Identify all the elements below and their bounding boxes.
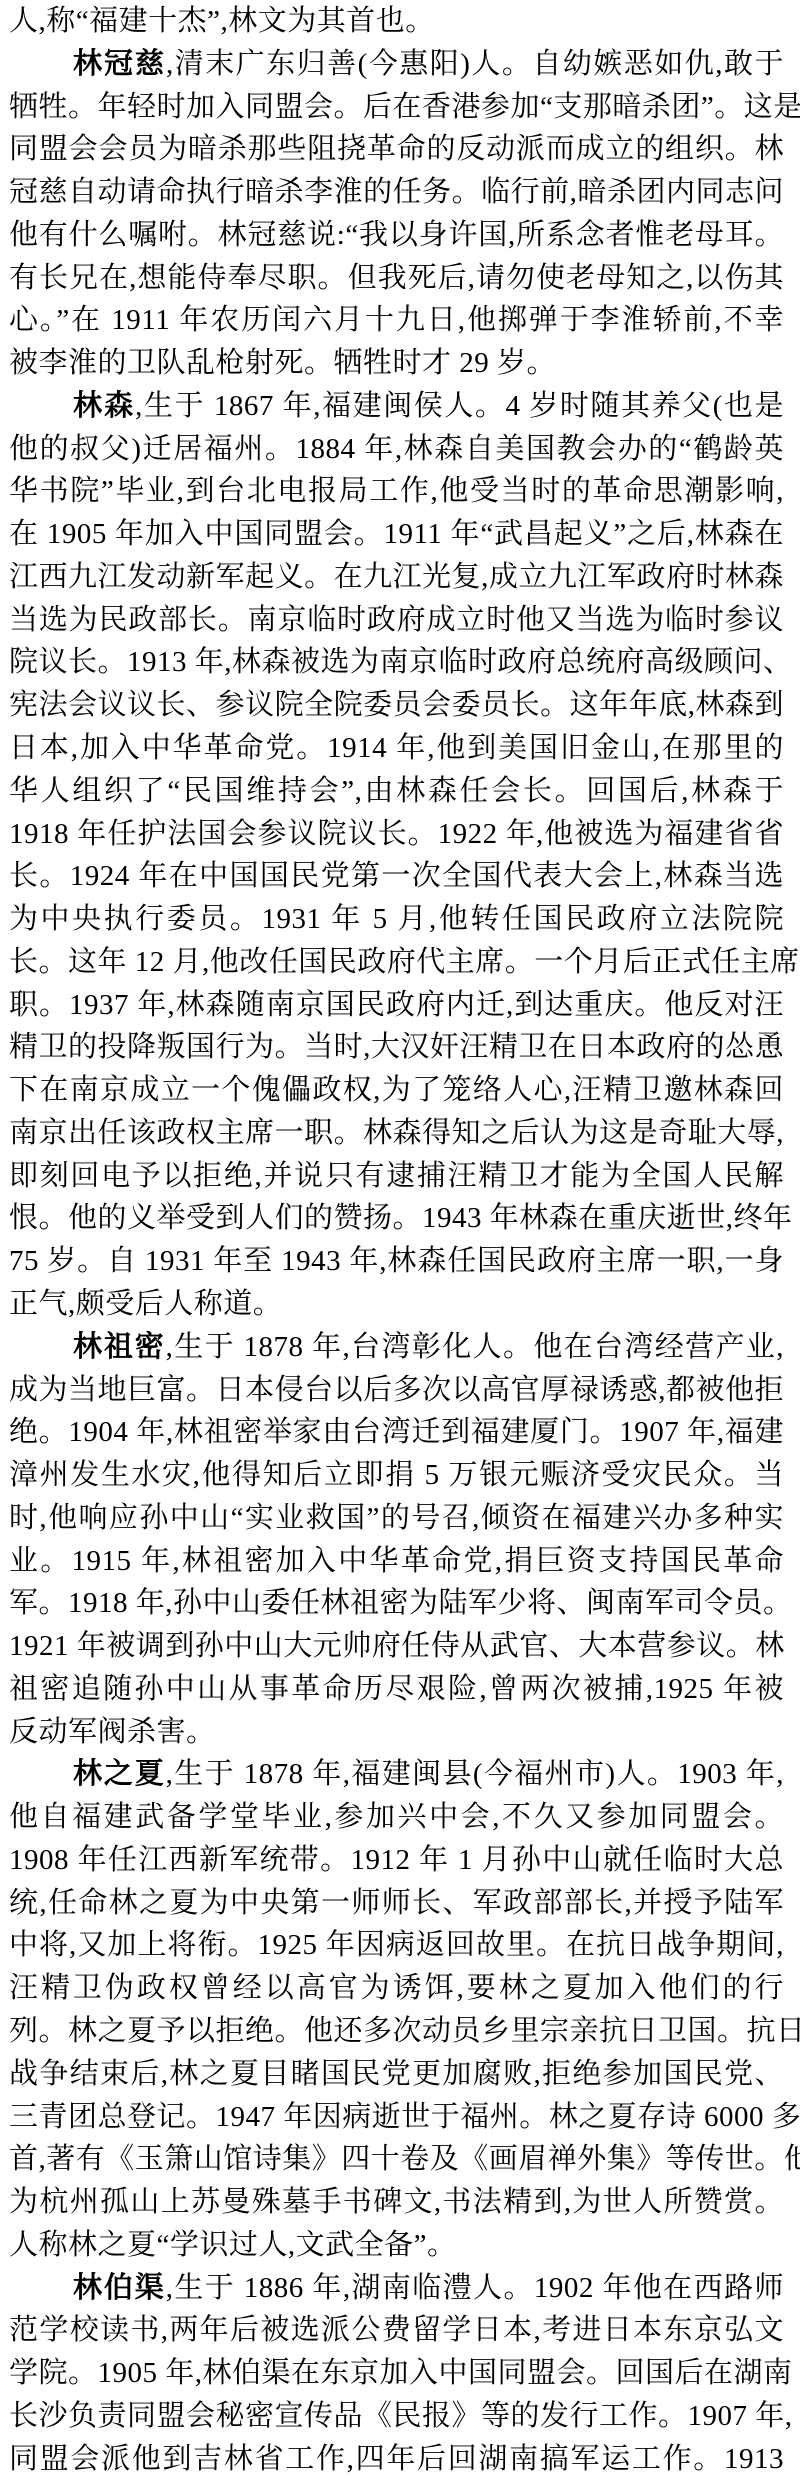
text-line: 日本,加入中华革命党。1914 年,他到美国旧金山,在那里的: [9, 727, 784, 770]
text-line: 院议长。1913 年,林森被选为南京临时政府总统府高级顾问、: [9, 641, 784, 684]
text-line: 在 1905 年加入中国同盟会。1911 年“武昌起义”之后,林森在: [9, 513, 784, 556]
person-name: 林伯渠: [73, 2272, 166, 2304]
text-line: 成为当地巨富。日本侵台以后多次以高官厚禄诱惑,都被他拒: [9, 1369, 784, 1412]
text-line: 军。1918 年,孙中山委任林祖密为陆军少将、闽南军司令员。: [9, 1582, 784, 1625]
text-line: 范学校读书,两年后被选派公费留学日本,考进日本东京弘文: [9, 2309, 784, 2352]
text-line: 林祖密,生于 1878 年,台湾彰化人。他在台湾经营产业,: [9, 1326, 784, 1369]
text-line: 南京出任该政权主席一职。林森得知之后认为这是奇耻大辱,: [9, 1112, 784, 1155]
paragraph: 林冠慈,清末广东归善(今惠阳)人。自幼嫉恶如仇,敢于牺牲。年轻时加入同盟会。后在…: [9, 43, 784, 385]
text-line: 他有什么嘱咐。林冠慈说:“我以身许国,所系念者惟老母耳。: [9, 214, 784, 257]
text-line: 心。”在 1911 年农历闰六月十九日,他掷弹于李淮轿前,不幸: [9, 299, 784, 342]
person-name: 林之夏: [73, 1758, 166, 1790]
text-line: 即刻回电予以拒绝,并说只有逮捕汪精卫才能为全国人民解: [9, 1155, 784, 1198]
person-name: 林森: [73, 390, 135, 422]
text-line: 他自福建武备学堂毕业,参加兴中会,不久又参加同盟会。: [9, 1796, 784, 1839]
text-line: 华人组织了“民国维持会”,由林森任会长。回国后,林森于: [9, 770, 784, 813]
text-line: 首,著有《玉箫山馆诗集》四十卷及《画眉禅外集》等传世。他还: [9, 2138, 784, 2181]
text-line: 祖密追随孙中山从事革命历尽艰险,曾两次被捕,1925 年被: [9, 1668, 784, 1711]
text-line: 为中央执行委员。1931 年 5 月,他转任国民政府立法院院: [9, 898, 784, 941]
text-line: 精卫的投降叛国行为。当时,大汉奸汪精卫在日本政府的怂恿: [9, 1026, 784, 1069]
text-line: 长。这年 12 月,他改任国民政府代主席。一个月后正式任主席: [9, 941, 784, 984]
text-line: 人,称“福建十杰”,林文为其首也。: [9, 0, 784, 43]
text-line: 冠慈自动请命执行暗杀李淮的任务。临行前,暗杀团内同志问: [9, 171, 784, 214]
text-line: 中将,又加上将衔。1925 年因病返回故里。在抗日战争期间,: [9, 1924, 784, 1967]
paragraph: 林祖密,生于 1878 年,台湾彰化人。他在台湾经营产业,成为当地巨富。日本侵台…: [9, 1326, 784, 1754]
text-line: 人称林之夏“学识过人,文武全备”。: [9, 2224, 784, 2267]
text-line: 被李淮的卫队乱枪射死。牺牲时才 29 岁。: [9, 342, 784, 385]
text-line: 江西九江发动新军起义。在九江光复,成立九江军政府时林森: [9, 556, 784, 599]
text-line: 林森,生于 1867 年,福建闽侯人。4 岁时随其养父(也是: [9, 385, 784, 428]
paragraph: 林之夏,生于 1878 年,福建闽县(今福州市)人。1903 年,他自福建武备学…: [9, 1753, 784, 2266]
text-line: 75 岁。自 1931 年至 1943 年,林森任国民政府主席一职,一身: [9, 1240, 784, 1283]
text-line: 华书院”毕业,到台北电报局工作,他受当时的革命思潮影响,: [9, 470, 784, 513]
text-line: 列。林之夏予以拒绝。他还多次动员乡里宗亲抗日卫国。抗日: [9, 2010, 784, 2053]
text-line: 恨。他的义举受到人们的赞扬。1943 年林森在重庆逝世,终年: [9, 1197, 784, 1240]
text-line: 1921 年被调到孙中山大元帅府任侍从武官、大本营参议。林: [9, 1625, 784, 1668]
paragraph: 林森,生于 1867 年,福建闽侯人。4 岁时随其养父(也是他的叔父)迁居福州。…: [9, 385, 784, 1326]
paragraph: 林伯渠,生于 1886 年,湖南临澧人。1902 年他在西路师范学校读书,两年后…: [9, 2267, 784, 2481]
text-line: 统,任命林之夏为中央第一师师长、军政部部长,并授予陆军: [9, 1882, 784, 1925]
text-line: 同盟会派他到吉林省工作,四年后回湖南搞军运工作。1913: [9, 2438, 784, 2481]
person-name: 林冠慈: [73, 48, 166, 80]
text-line: 反动军阀杀害。: [9, 1711, 784, 1754]
text-line: 林冠慈,清末广东归善(今惠阳)人。自幼嫉恶如仇,敢于: [9, 43, 784, 86]
text-line: 时,他响应孙中山“实业救国”的号召,倾资在福建兴办多种实: [9, 1497, 784, 1540]
text-line: 当选为民政部长。南京临时政府成立时他又当选为临时参议: [9, 599, 784, 642]
text-line: 绝。1904 年,林祖密举家由台湾迁到福建厦门。1907 年,福建: [9, 1411, 784, 1454]
text-line: 宪法会议议长、参议院全院委员会委员长。这年年底,林森到: [9, 684, 784, 727]
text-line: 林伯渠,生于 1886 年,湖南临澧人。1902 年他在西路师: [9, 2267, 784, 2310]
text-line: 他的叔父)迁居福州。1884 年,林森自美国教会办的“鹤龄英: [9, 428, 784, 471]
document-page: 人,称“福建十杰”,林文为其首也。林冠慈,清末广东归善(今惠阳)人。自幼嫉恶如仇…: [0, 0, 800, 2481]
text-line: 漳州发生水灾,他得知后立即捐 5 万银元赈济受灾民众。当: [9, 1454, 784, 1497]
text-line: 牺牲。年轻时加入同盟会。后在香港参加“支那暗杀团”。这是: [9, 86, 784, 129]
text-line: 1918 年任护法国会参议院议长。1922 年,他被选为福建省省: [9, 813, 784, 856]
text-line: 为杭州孤山上苏曼殊墓手书碑文,书法精到,为世人所赞赏。: [9, 2181, 784, 2224]
text-line: 同盟会会员为暗杀那些阻挠革命的反动派而成立的组织。林: [9, 128, 784, 171]
text-line: 职。1937 年,林森随南京国民政府内迁,到达重庆。他反对汪: [9, 984, 784, 1027]
page-text: 人,称“福建十杰”,林文为其首也。林冠慈,清末广东归善(今惠阳)人。自幼嫉恶如仇…: [9, 0, 784, 2480]
text-line: 下在南京成立一个傀儡政权,为了笼络人心,汪精卫邀林森回: [9, 1069, 784, 1112]
text-line: 战争结束后,林之夏目睹国民党更加腐败,拒绝参加国民党、: [9, 2053, 784, 2096]
text-line: 长沙负责同盟会秘密宣传品《民报》等的发行工作。1907 年,: [9, 2395, 784, 2438]
text-line: 正气,颇受后人称道。: [9, 1283, 784, 1326]
paragraph: 人,称“福建十杰”,林文为其首也。: [9, 0, 784, 43]
text-line: 1908 年任江西新军统带。1912 年 1 月孙中山就任临时大总: [9, 1839, 784, 1882]
text-line: 三青团总登记。1947 年因病逝世于福州。林之夏存诗 6000 多: [9, 2096, 784, 2139]
text-line: 学院。1905 年,林伯渠在东京加入中国同盟会。回国后在湖南: [9, 2352, 784, 2395]
text-line: 长。1924 年在中国国民党第一次全国代表大会上,林森当选: [9, 855, 784, 898]
person-name: 林祖密: [73, 1331, 166, 1363]
text-line: 林之夏,生于 1878 年,福建闽县(今福州市)人。1903 年,: [9, 1753, 784, 1796]
text-line: 汪精卫伪政权曾经以高官为诱饵,要林之夏加入他们的行: [9, 1967, 784, 2010]
text-line: 有长兄在,想能侍奉尽职。但我死后,请勿使老母知之,以伤其: [9, 257, 784, 300]
text-line: 业。1915 年,林祖密加入中华革命党,捐巨资支持国民革命: [9, 1540, 784, 1583]
